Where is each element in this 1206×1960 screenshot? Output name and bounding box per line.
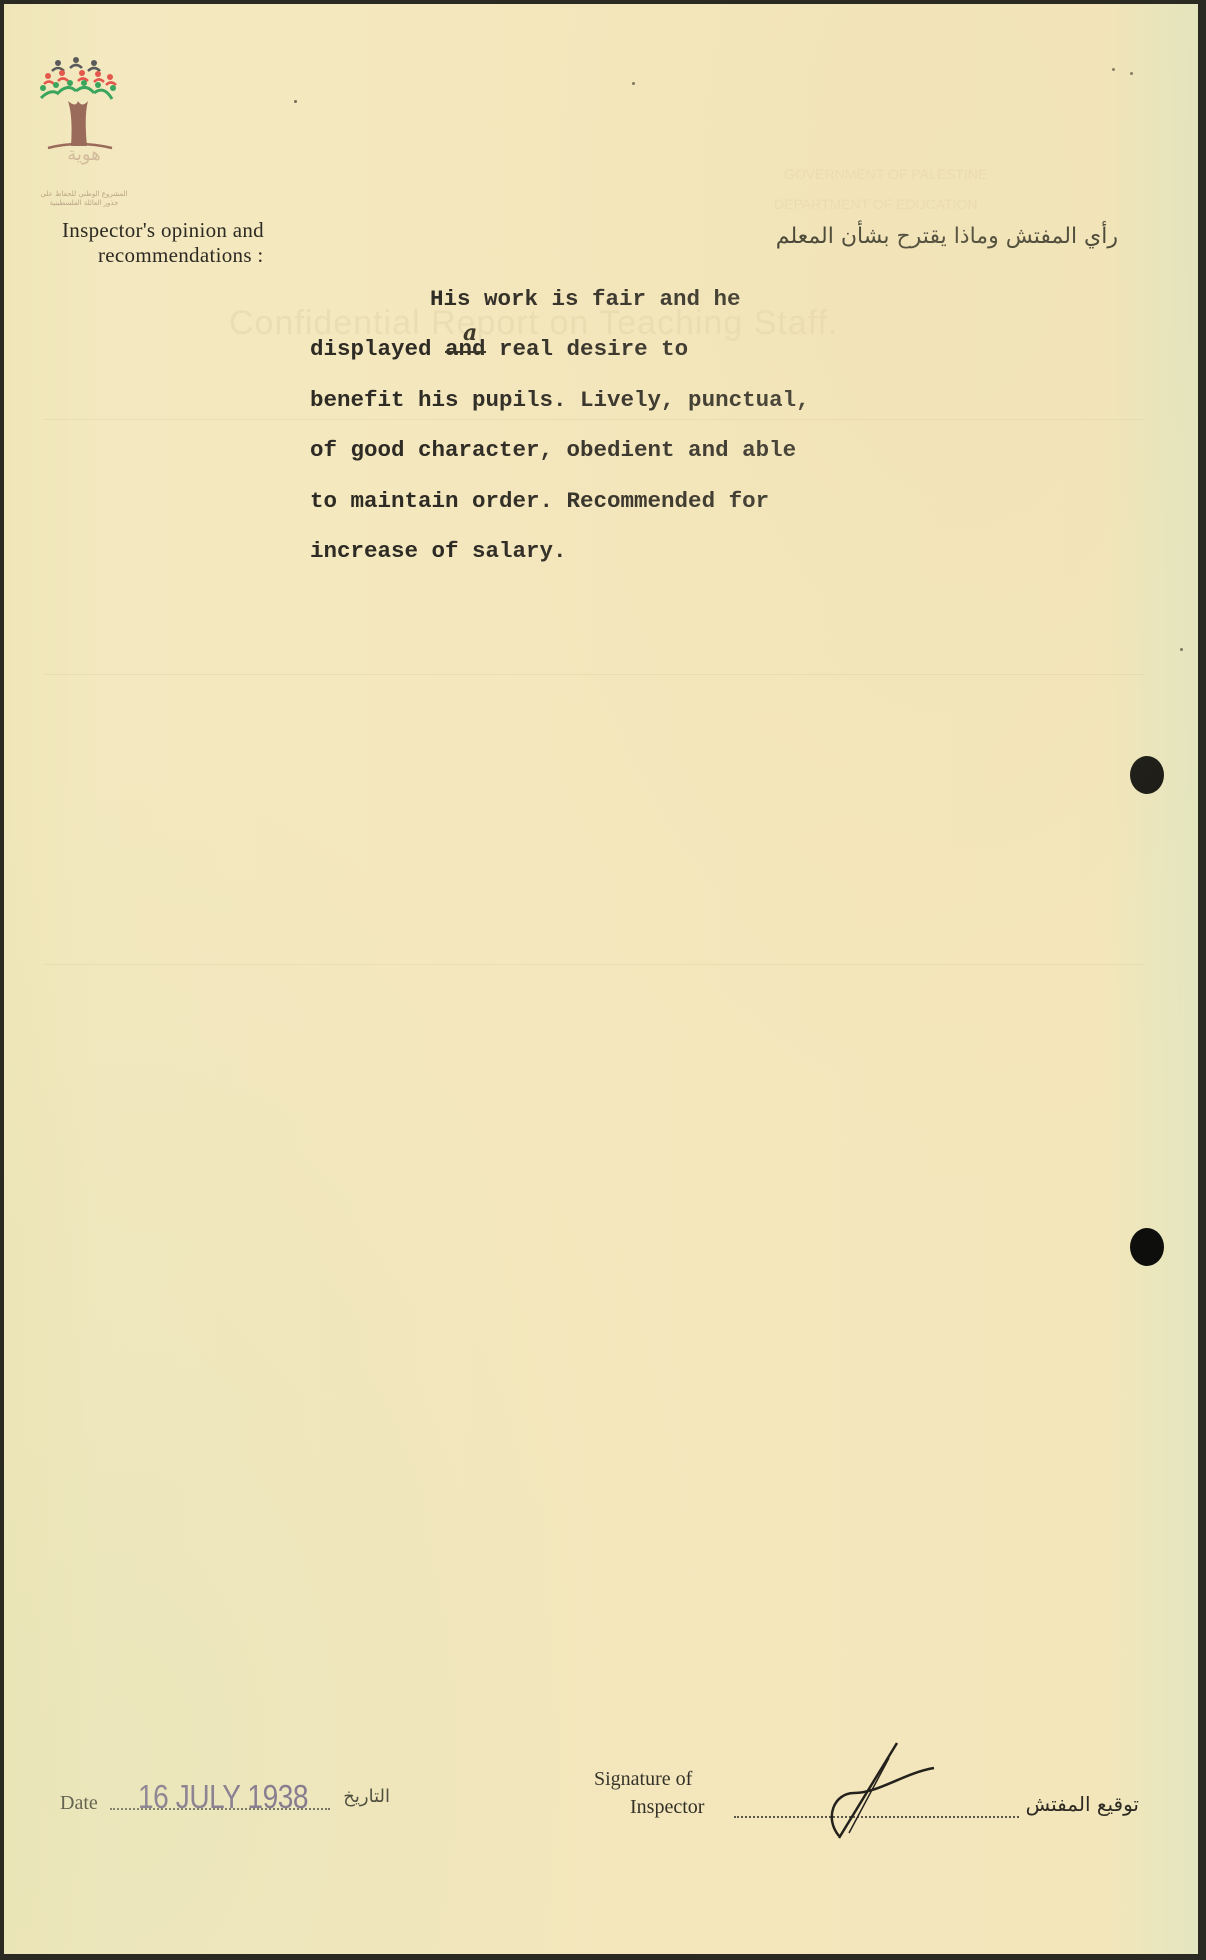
date-field: Date 16 JULY 1938 التاريخ — [60, 1778, 390, 1818]
inspector-comments: His work is fair and he displayed anda r… — [310, 274, 930, 576]
typed-fragment: displayed — [310, 336, 445, 362]
speck — [1180, 648, 1183, 651]
typed-line: His work is fair and he — [310, 274, 930, 324]
date-stamp: 16 JULY 1938 — [138, 1778, 308, 1816]
typed-line: benefit his pupils. Lively, punctual, — [310, 375, 930, 425]
logo-caption: المشروع الوطني للحفاظ على جذور العائلة ا… — [34, 190, 134, 208]
section-label-arabic: رأي المفتش وماذا يقترح بشأن المعلم — [776, 224, 1118, 249]
handwritten-signature-icon — [819, 1738, 939, 1848]
struck-word: anda — [445, 336, 486, 362]
speck — [294, 100, 297, 103]
signature-field: Signature of Inspector توقيع المفتش — [594, 1764, 1139, 1834]
signature-label-line-1: Signature of — [594, 1768, 692, 1791]
bleed-through-rule — [44, 674, 1144, 675]
speck — [1112, 68, 1115, 71]
typed-line-with-correction: displayed anda real desire to — [310, 324, 930, 374]
bleed-through-header-2: DEPARTMENT OF EDUCATION — [774, 196, 978, 212]
section-label-line-1: Inspector's opinion and — [62, 218, 264, 242]
date-label: Date — [60, 1792, 98, 1815]
document-page: GOVERNMENT OF PALESTINE DEPARTMENT OF ED… — [4, 4, 1198, 1954]
speck — [632, 82, 635, 85]
date-label-arabic: التاريخ — [343, 1786, 390, 1807]
typed-line: of good character, obedient and able — [310, 425, 930, 475]
family-tree-logo-icon — [38, 56, 122, 156]
typed-line: to maintain order. Recommended for — [310, 476, 930, 526]
bleed-through-rule — [44, 964, 1144, 965]
signature-label-line-2: Inspector — [630, 1796, 704, 1819]
speck — [1130, 72, 1133, 75]
bleed-through-header-1: GOVERNMENT OF PALESTINE — [784, 166, 987, 182]
punch-hole — [1130, 1228, 1164, 1266]
section-label-line-2: recommendations : — [62, 243, 264, 268]
signature-label-arabic: توقيع المفتش — [1026, 1792, 1139, 1816]
handwritten-insert: a — [463, 308, 477, 358]
logo-arabic-word: هوية — [54, 144, 114, 165]
punch-hole — [1130, 756, 1164, 794]
typed-line: increase of salary. — [310, 526, 930, 576]
typed-fragment: real desire to — [486, 336, 689, 362]
section-label-english: Inspector's opinion and recommendations … — [62, 218, 264, 268]
